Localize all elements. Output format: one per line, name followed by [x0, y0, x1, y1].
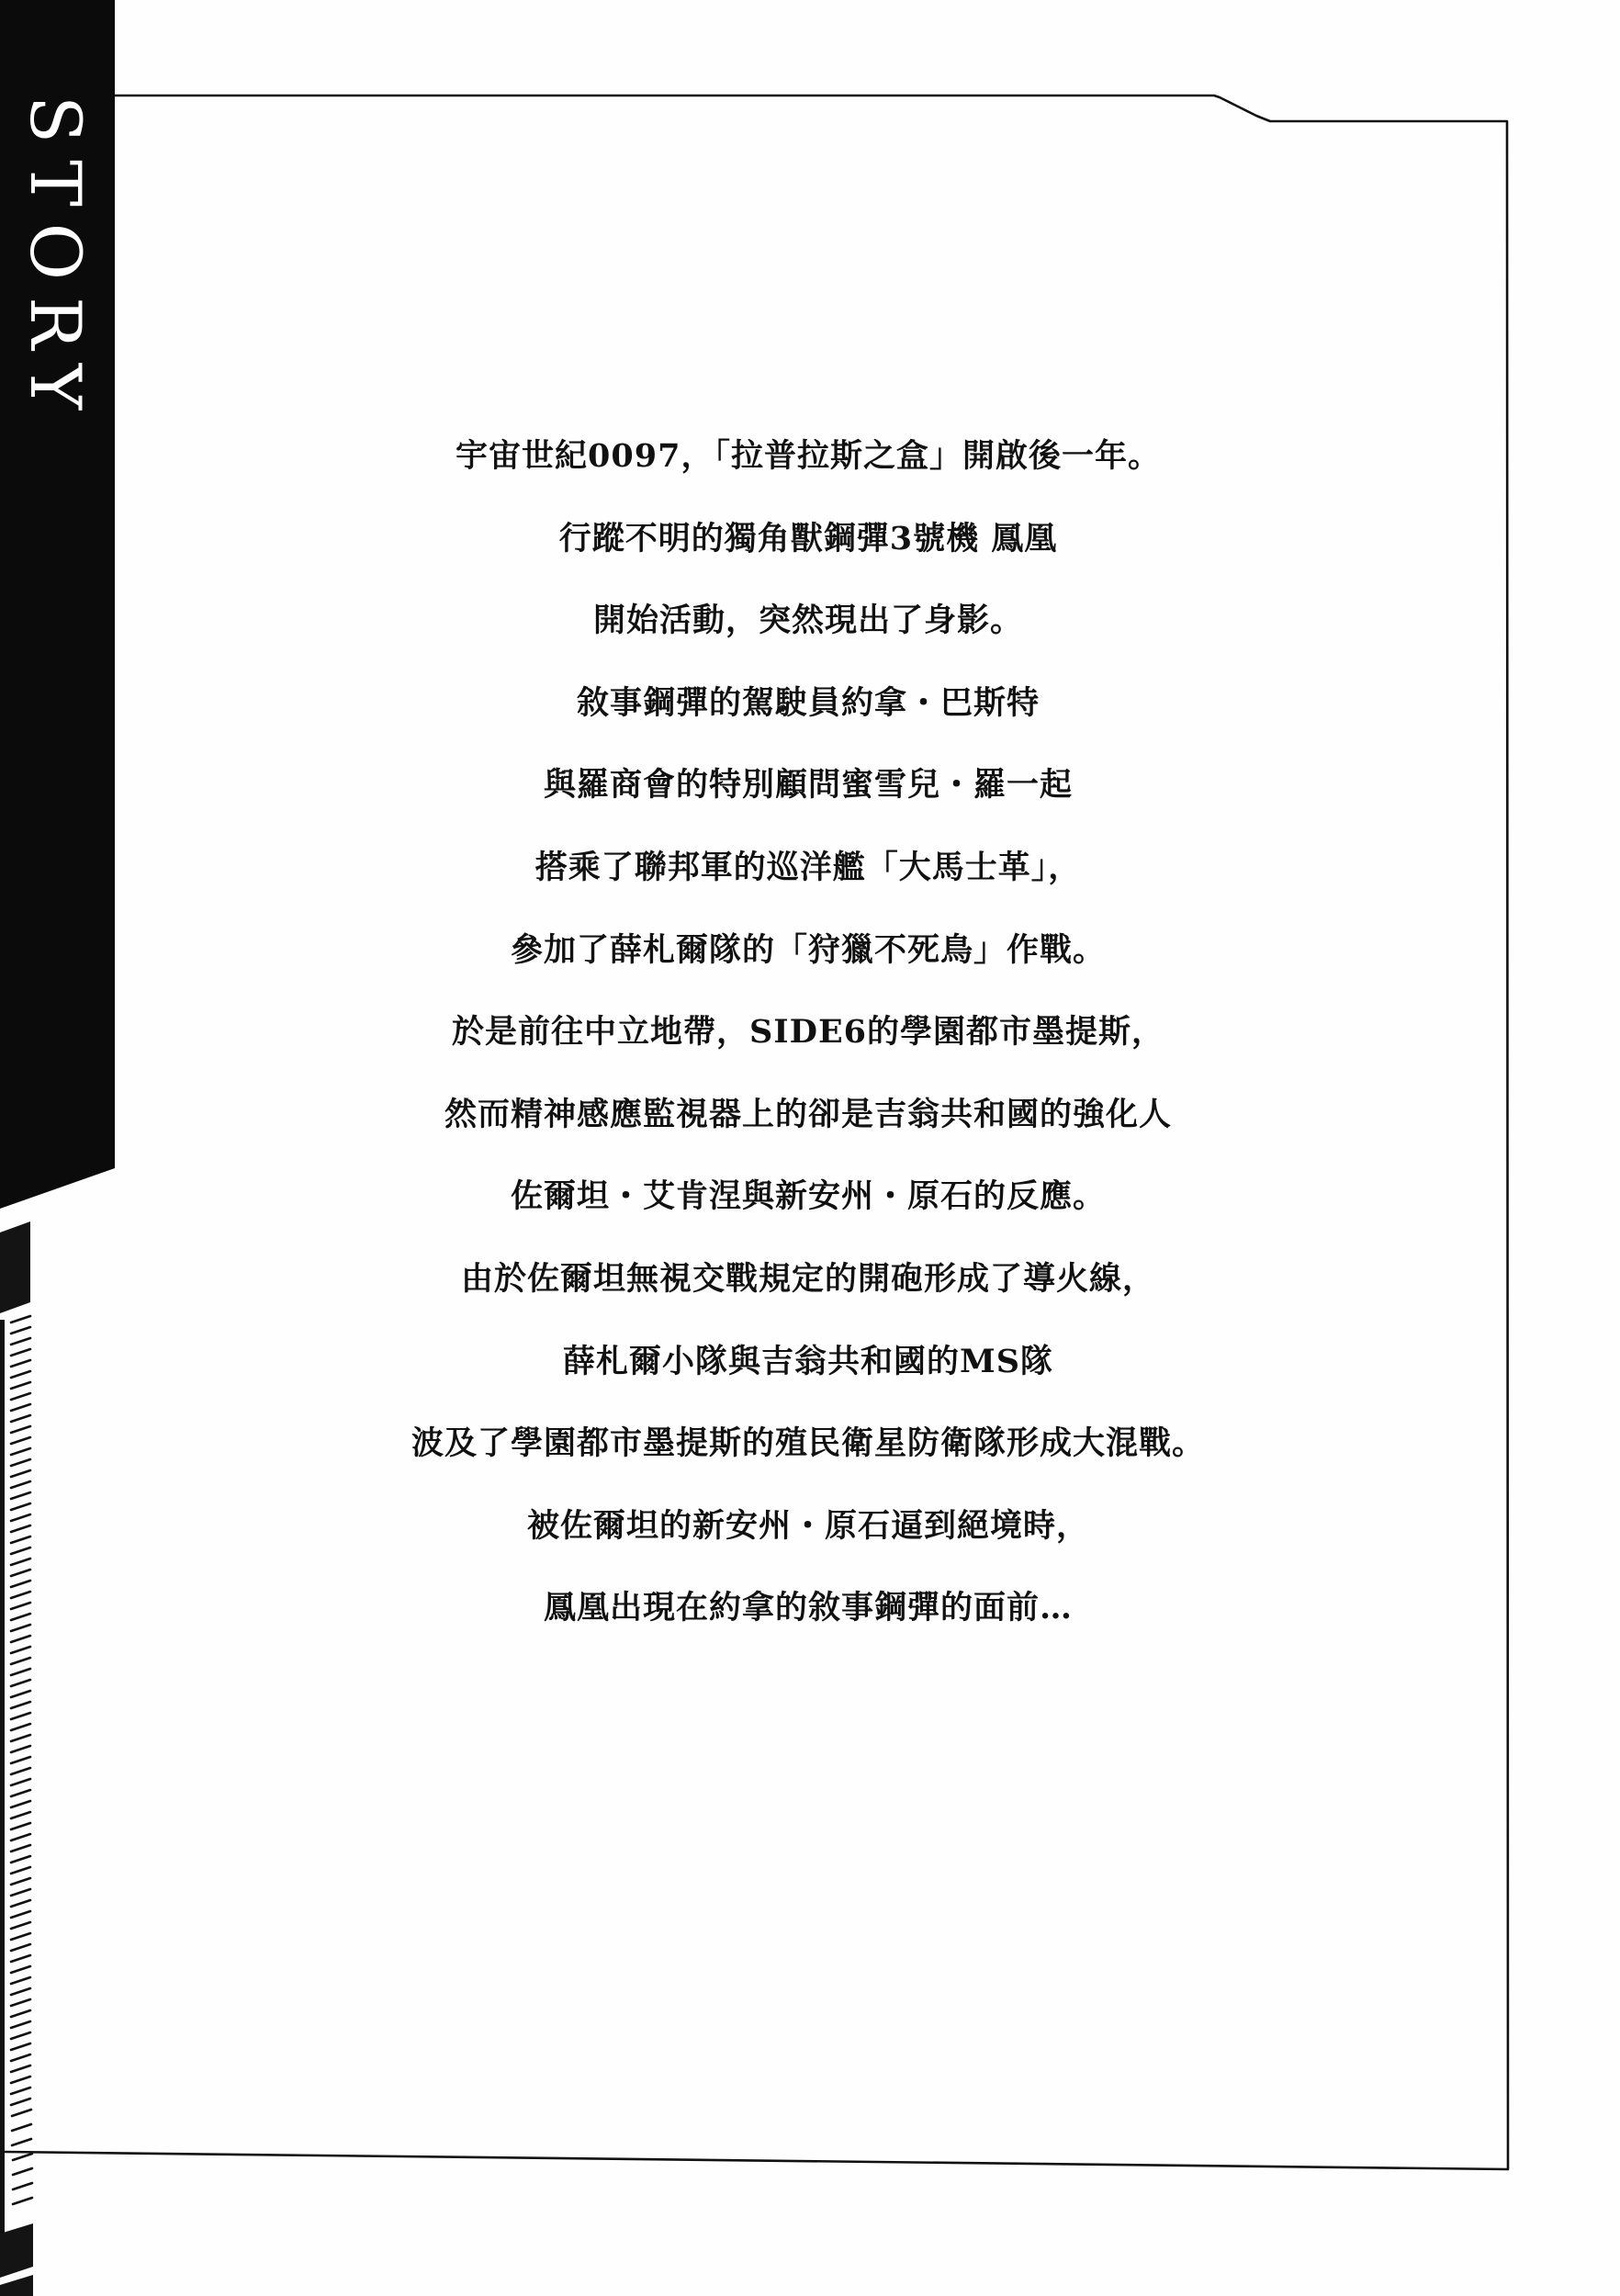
sidebar-black-block: [0, 1221, 30, 1313]
story-line: 搭乘了聯邦軍的巡洋艦「大馬士革」，: [303, 836, 1313, 918]
story-line: 佐爾坦・艾肯涅與新安州・原石的反應。: [303, 1165, 1313, 1247]
story-line: 敘事鋼彈的駕駛員約拿・巴斯特: [303, 671, 1313, 754]
story-line: 被佐爾坦的新安州・原石逼到絕境時，: [303, 1494, 1313, 1577]
side-title: STORY: [17, 96, 99, 426]
sidebar-bottom-block-2: [0, 2275, 33, 2296]
story-page: STORY 宇宙世紀0097，「拉普拉斯之盒」開啟後一年。 行蹤不明的獨角獸鋼彈…: [0, 0, 1620, 2296]
story-line: 然而精神感應監視器上的卻是吉翁共和國的強化人: [303, 1083, 1313, 1165]
hatch-marks: [11, 1316, 32, 2204]
story-line: 與羅商會的特別顧問蜜雪兒・羅一起: [303, 753, 1313, 836]
story-line: 波及了學園都市墨提斯的殖民衛星防衛隊形成大混戰。: [303, 1412, 1313, 1494]
story-line: 行蹤不明的獨角獸鋼彈3號機 鳳凰: [303, 507, 1313, 590]
story-line: 宇宙世紀0097，「拉普拉斯之盒」開啟後一年。: [303, 424, 1313, 507]
story-line: 由於佐爾坦無視交戰規定的開砲形成了導火線，: [303, 1247, 1313, 1330]
story-text: 宇宙世紀0097，「拉普拉斯之盒」開啟後一年。 行蹤不明的獨角獸鋼彈3號機 鳳凰…: [303, 424, 1313, 1659]
story-line: 參加了薛札爾隊的「狩獵不死鳥」作戰。: [303, 918, 1313, 1001]
sidebar-bottom-block-1: [0, 2223, 33, 2278]
story-line: 薛札爾小隊與吉翁共和國的MS隊: [303, 1330, 1313, 1412]
sidebar-thin-strip: [0, 1320, 5, 2257]
story-line: 鳳凰出現在約拿的敘事鋼彈的面前…: [303, 1576, 1313, 1659]
story-line: 於是前往中立地帶，SIDE6的學園都市墨提斯，: [303, 1000, 1313, 1083]
story-line: 開始活動，突然現出了身影。: [303, 589, 1313, 671]
